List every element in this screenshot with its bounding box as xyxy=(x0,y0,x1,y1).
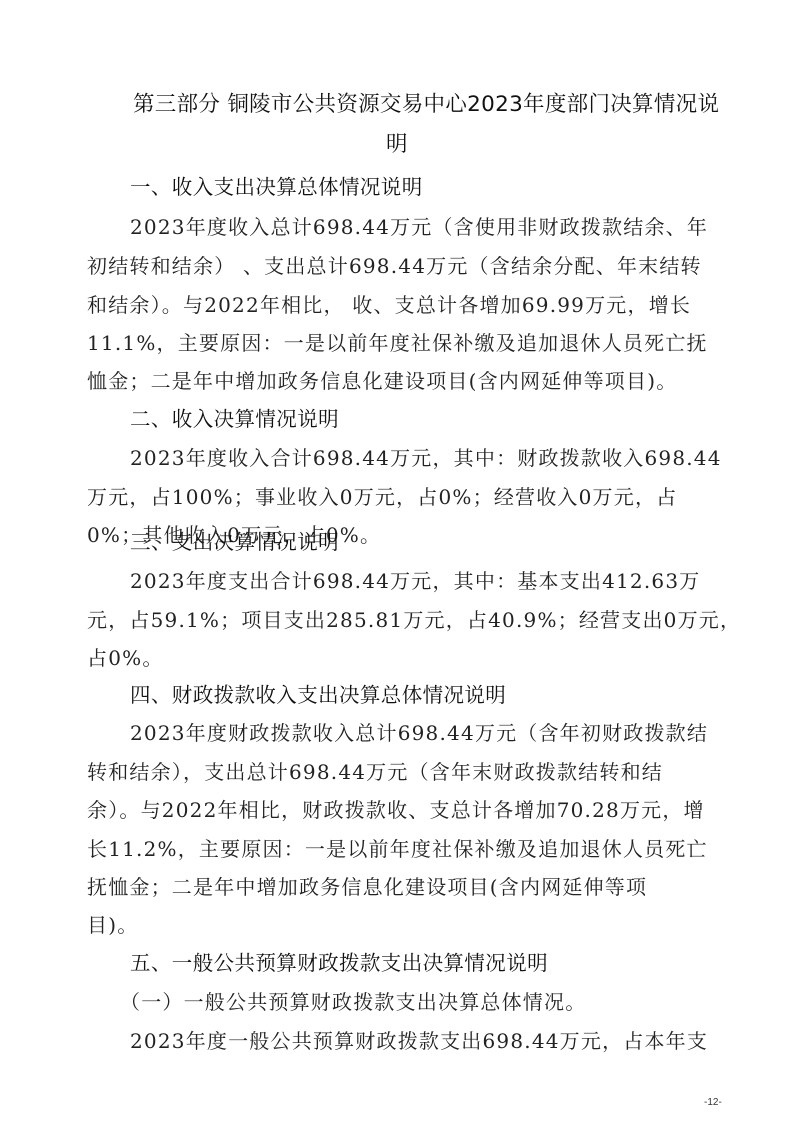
section-2-heading: 二、收入决算情况说明 xyxy=(130,404,339,434)
section-3-line-2: 元，占59.1%；项目支出285.81万元，占40.9%；经营支出0万元， xyxy=(87,605,741,635)
section-1-heading: 一、收入支出决算总体情况说明 xyxy=(130,172,423,202)
document-title-line-1: 第三部分 铜陵市公共资源交易中心2023年度部门决算情况说 xyxy=(133,90,719,120)
section-1-line-3: 和结余）。与2022年相比， 收、支总计各增加69.99万元，增长 xyxy=(87,290,691,320)
page-number: -12- xyxy=(704,1097,722,1108)
section-5-subheading: （一）一般公共预算财政拨款支出决算总体情况。 xyxy=(120,987,586,1017)
section-4-line-6: 目)。 xyxy=(87,910,138,940)
section-4-line-2: 转和结余），支出总计698.44万元（含年末财政拨款结转和结 xyxy=(87,757,663,787)
document-title-line-2: 明 xyxy=(386,130,408,160)
document-page: 第三部分 铜陵市公共资源交易中心2023年度部门决算情况说 明 一、收入支出决算… xyxy=(0,0,793,1122)
section-2-line-1: 2023年度收入合计698.44万元，其中：财政拨款收入698.44 xyxy=(130,443,722,473)
section-3-heading: 三、支出决算情况说明 xyxy=(130,527,339,557)
section-3-line-1: 2023年度支出合计698.44万元，其中：基本支出412.63万 xyxy=(130,566,700,596)
section-3-line-3: 占0%。 xyxy=(87,643,164,673)
section-4-line-1: 2023年度财政拨款收入总计698.44万元（含年初财政拨款结 xyxy=(130,718,708,748)
section-4-line-5: 抚恤金；二是年中增加政务信息化建设项目(含内网延伸等项 xyxy=(87,872,647,902)
section-1-line-4: 11.1%，主要原因：一是以前年度社保补缴及追加退休人员死亡抚 xyxy=(87,328,708,358)
section-1-line-5: 恤金；二是年中增加政务信息化建设项目(含内网延伸等项目)。 xyxy=(87,366,677,396)
section-2-line-2: 万元，占100%；事业收入0万元，占0%；经营收入0万元，占 xyxy=(87,482,677,512)
section-4-line-3: 余）。与2022年相比，财政拨款收、支总计各增加70.28万元，增 xyxy=(87,795,705,825)
section-4-line-4: 长11.2%，主要原因：一是以前年度社保补缴及追加退休人员死亡 xyxy=(87,834,708,864)
section-1-line-2: 初结转和结余） 、支出总计698.44万元（含结余分配、年末结转 xyxy=(87,251,702,281)
section-5-line-1: 2023年度一般公共预算财政拨款支出698.44万元，占本年支 xyxy=(130,1026,708,1056)
section-5-heading: 五、一般公共预算财政拨款支出决算情况说明 xyxy=(130,948,548,978)
section-1-line-1: 2023年度收入总计698.44万元（含使用非财政拨款结余、年 xyxy=(130,212,708,242)
section-4-heading: 四、财政拨款收入支出决算总体情况说明 xyxy=(130,680,506,710)
